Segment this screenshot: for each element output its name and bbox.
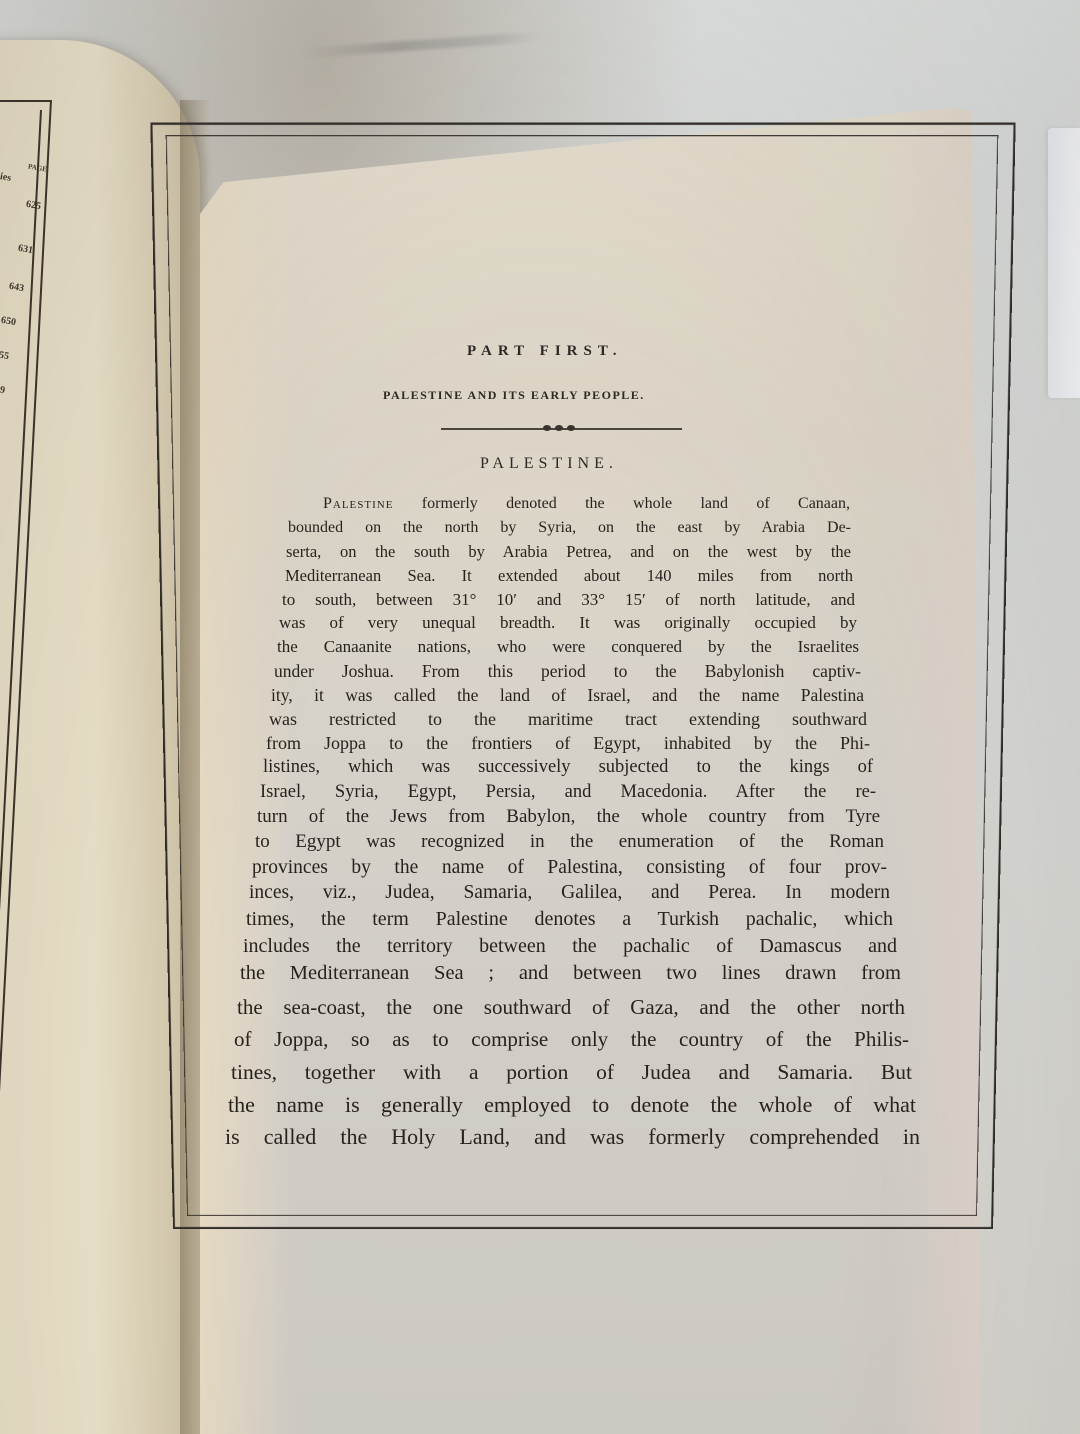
body-line: inces, viz., Judea, Samaria, Galilea, an… [249,882,890,904]
body-line: includes the territory between the pacha… [243,935,897,958]
body-line: Palestine formerly denoted the whole lan… [323,495,850,513]
page-content: PART FIRST. PALESTINE AND ITS EARLY PEOP… [0,0,1080,1434]
body-line: under Joshua. From this period to the Ba… [274,661,861,682]
part-heading: PART FIRST. [467,343,623,360]
body-line: tines, together with a portion of Judea … [231,1060,912,1085]
body-line: serta, on the south by Arabia Petrea, an… [286,542,851,562]
part-subheading: PALESTINE AND ITS EARLY PEOPLE. [383,388,645,403]
body-line: of Joppa, so as to comprise only the cou… [234,1027,909,1052]
body-line: the sea-coast, the one southward of Gaza… [237,995,905,1020]
ornament-dot-icon [555,425,563,431]
body-line: was of very unequal breadth. It was orig… [279,613,857,633]
ornament-dot-icon [543,425,551,431]
body-line: is called the Holy Land, and was formerl… [225,1124,920,1150]
body-line: ity, it was called the land of Israel, a… [271,685,864,706]
body-line: the name is generally employed to denote… [228,1092,916,1118]
section-heading: PALESTINE. [480,455,618,473]
body-line: turn of the Jews from Babylon, the whole… [257,806,880,828]
body-line: the Canaanite nations, who were conquere… [277,637,859,657]
body-line: from Joppa to the frontiers of Egypt, in… [266,733,870,754]
body-line: Mediterranean Sea. It extended about 140… [285,566,853,586]
body-line: times, the term Palestine denotes a Turk… [246,908,893,931]
body-line: Israel, Syria, Egypt, Persia, and Macedo… [260,782,876,803]
ornament-dot-icon [567,425,575,431]
body-line: bounded on the north by Syria, on the ea… [288,519,851,537]
body-line: was restricted to the maritime tract ext… [269,709,867,730]
body-line: to south, between 31° 10′ and 33° 15′ of… [282,590,855,610]
body-line: provinces by the name of Palestina, cons… [252,857,887,879]
lead-word: Palestine [323,495,393,512]
body-line: to Egypt was recognized in the enumerati… [255,831,884,853]
body-line: listines, which was successively subject… [263,757,873,778]
body-line: the Mediterranean Sea ; and between two … [240,962,901,985]
